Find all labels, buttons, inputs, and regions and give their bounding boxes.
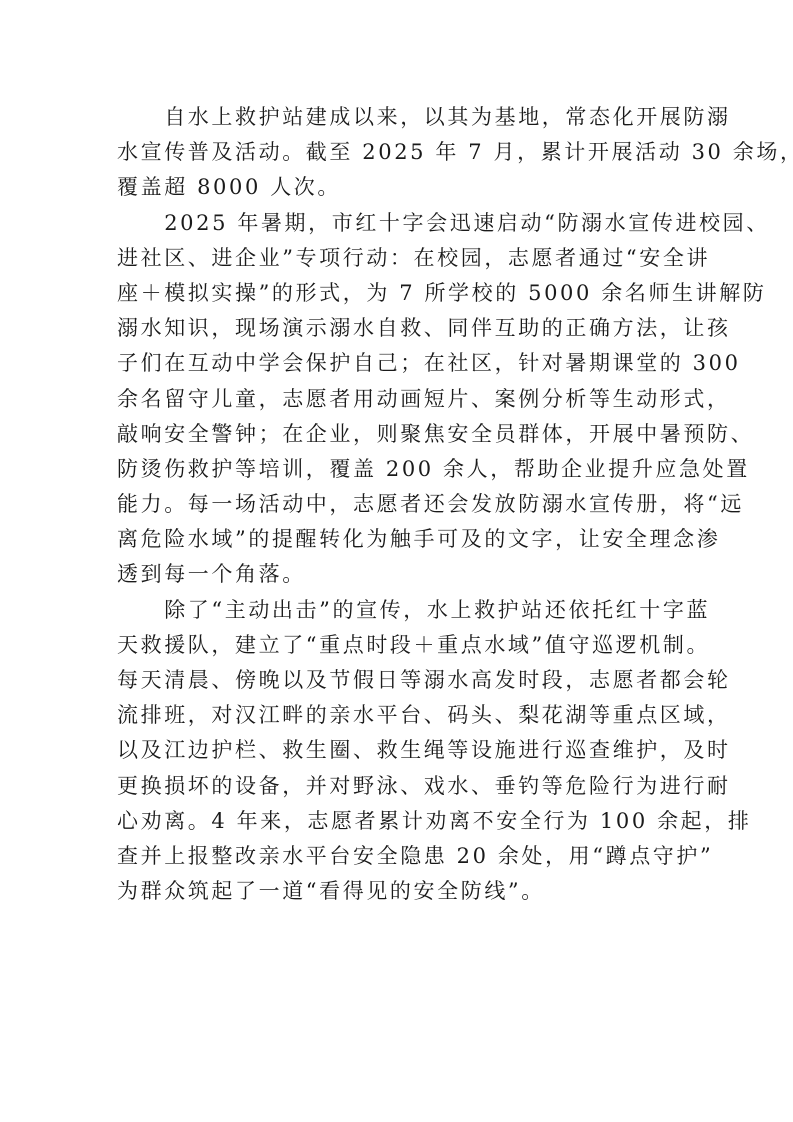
paragraph-1: 自水上救护站建成以来，以其为基地，常态化开展防溺 水宣传普及活动。截至 2025… xyxy=(117,100,677,206)
text-line: 更换损坏的设备，并对野泳、戏水、垂钓等危险行为进行耐 xyxy=(117,769,677,804)
text-line: 自水上救护站建成以来，以其为基地，常态化开展防溺 xyxy=(117,100,677,135)
text-line: 余名留守儿童，志愿者用动画短片、案例分析等生动形式， xyxy=(117,382,677,417)
text-line: 2025 年暑期，市红十字会迅速启动“防溺水宣传进校园、 xyxy=(117,206,677,241)
text-line: 进社区、进企业”专项行动：在校园，志愿者通过“安全讲 xyxy=(117,241,677,276)
text-line: 能力。每一场活动中，志愿者还会发放防溺水宣传册，将“远 xyxy=(117,487,677,522)
text-line: 流排班，对汉江畔的亲水平台、码头、梨花湖等重点区域， xyxy=(117,698,677,733)
paragraph-3: 除了“主动出击”的宣传，水上救护站还依托红十字蓝 天救援队，建立了“重点时段＋重… xyxy=(117,593,677,910)
text-line: 除了“主动出击”的宣传，水上救护站还依托红十字蓝 xyxy=(117,593,677,628)
text-line: 水宣传普及活动。截至 2025 年 7 月，累计开展活动 30 余场， xyxy=(117,135,677,170)
text-line: 以及江边护栏、救生圈、救生绳等设施进行巡查维护，及时 xyxy=(117,733,677,768)
text-line: 查并上报整改亲水平台安全隐患 20 余处，用“蹲点守护” xyxy=(117,839,677,874)
text-line: 透到每一个角落。 xyxy=(117,557,677,592)
text-line: 敲响安全警钟；在企业，则聚焦安全员群体，开展中暑预防、 xyxy=(117,417,677,452)
text-line: 子们在互动中学会保护自己；在社区，针对暑期课堂的 300 xyxy=(117,346,677,381)
text-line: 覆盖超 8000 人次。 xyxy=(117,170,677,205)
text-line: 防烫伤救护等培训，覆盖 200 余人，帮助企业提升应急处置 xyxy=(117,452,677,487)
text-line: 离危险水域”的提醒转化为触手可及的文字，让安全理念渗 xyxy=(117,522,677,557)
paragraph-2: 2025 年暑期，市红十字会迅速启动“防溺水宣传进校园、 进社区、进企业”专项行… xyxy=(117,206,677,593)
text-line: 每天清晨、傍晚以及节假日等溺水高发时段，志愿者都会轮 xyxy=(117,663,677,698)
text-line: 座＋模拟实操”的形式，为 7 所学校的 5000 余名师生讲解防 xyxy=(117,276,677,311)
text-line: 为群众筑起了一道“看得见的安全防线”。 xyxy=(117,874,677,909)
text-line: 天救援队，建立了“重点时段＋重点水域”值守巡逻机制。 xyxy=(117,628,677,663)
text-line: 心劝离。4 年来，志愿者累计劝离不安全行为 100 余起，排 xyxy=(117,804,677,839)
text-line: 溺水知识，现场演示溺水自救、同伴互助的正确方法，让孩 xyxy=(117,311,677,346)
document-page: 自水上救护站建成以来，以其为基地，常态化开展防溺 水宣传普及活动。截至 2025… xyxy=(117,100,677,909)
